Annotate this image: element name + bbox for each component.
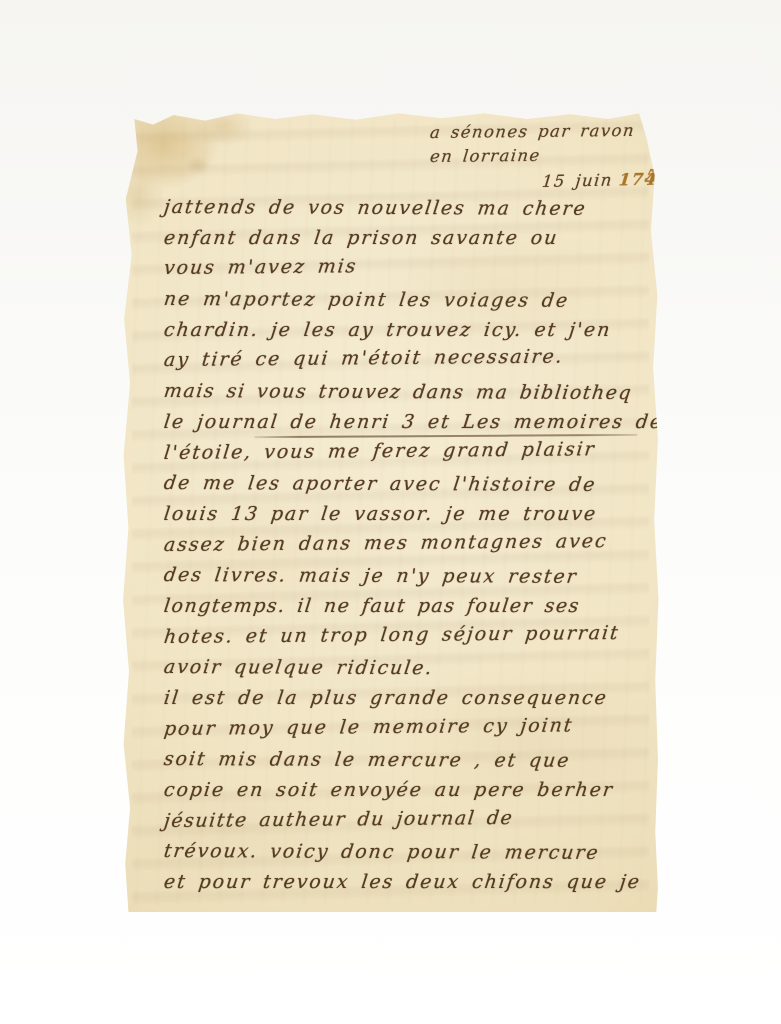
handwriting-line: mais si vous trouvez dans ma bibliotheq bbox=[162, 376, 651, 409]
header-date-line: 15 juin17453 bbox=[541, 168, 657, 194]
handwriting-line: ne m'aportez point les voiages de bbox=[162, 284, 651, 317]
letter-header: a sénones par ravon en lorraine 15 juin1… bbox=[430, 121, 655, 194]
handwriting-line: assez bien dans mes montagnes avec bbox=[162, 525, 651, 560]
body-lines: jattends de vos nouvelles ma chereenfant… bbox=[164, 192, 649, 908]
handwriting-line: des livres. mais je n'y peux rester bbox=[162, 560, 651, 593]
photo-background: a sénones par ravon en lorraine 15 juin1… bbox=[0, 0, 781, 1024]
handwriting-line: jattends de vos nouvelles ma chere bbox=[162, 192, 651, 225]
year-digit-overwrite: 5 bbox=[642, 163, 662, 190]
handwriting-line: ay tiré ce qui m'étoit necessaire. bbox=[162, 341, 651, 376]
handwriting-line: jésuitte autheur du journal de bbox=[162, 802, 651, 837]
handwriting-line: pour moy que le memoire cy joint bbox=[162, 709, 651, 744]
handwriting-line: hotes. et un trop long séjour pourrait bbox=[162, 617, 651, 652]
header-place-line-2: en lorraine bbox=[429, 143, 657, 169]
handwriting-line: il est de la plus grande consequence bbox=[162, 683, 651, 714]
handwriting-line: avoir quelque ridicule. bbox=[162, 652, 651, 685]
handwriting-line: vous m'avez mis bbox=[162, 249, 651, 284]
year-corrected-digit: 45 bbox=[643, 168, 658, 192]
handwriting-line: copie en soit envoyée au pere berher bbox=[162, 775, 651, 806]
letter-paper: a sénones par ravon en lorraine 15 juin1… bbox=[122, 111, 659, 912]
handwriting-line: longtemps. il ne faut pas fouler ses bbox=[162, 591, 651, 622]
date-year: 17453 bbox=[618, 169, 672, 189]
handwriting-line: trévoux. voicy donc pour le mercure bbox=[162, 836, 651, 869]
header-place-line-1: a sénones par ravon bbox=[429, 119, 657, 145]
date-day-month: 15 juin bbox=[541, 171, 614, 191]
handwriting-line: l'étoile, vous me ferez grand plaisir bbox=[162, 433, 651, 468]
handwriting-line: soit mis dans le mercure , et que bbox=[162, 744, 651, 777]
year-suffix: 3 bbox=[657, 169, 672, 188]
handwriting-line: louis 13 par le vassor. je me trouve bbox=[162, 499, 651, 530]
handwriting-line: et pour trevoux les deux chifons que je bbox=[162, 867, 651, 898]
handwriting-line: de me les aporter avec l'histoire de bbox=[162, 468, 651, 501]
handwriting-line: le journal de henri 3 et Les memoires de bbox=[162, 407, 651, 438]
